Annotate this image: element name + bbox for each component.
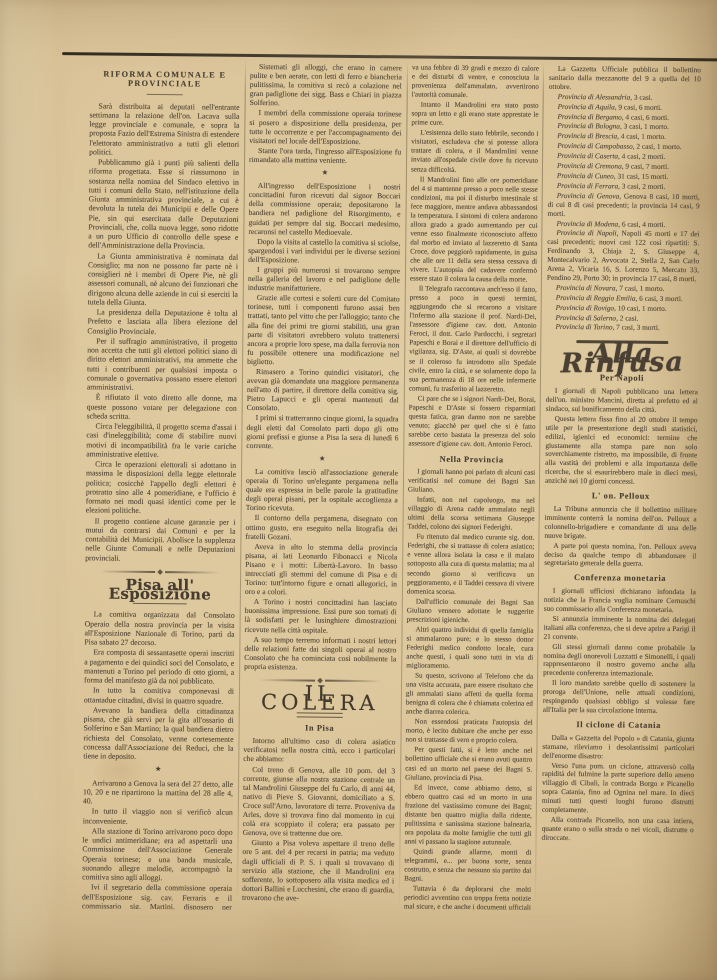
section-subheading: Il ciclone di Catania: [543, 721, 695, 731]
paragraph: Il contorno della pergamena, disegnato c…: [245, 513, 397, 542]
star-separator-icon: ★: [83, 765, 233, 776]
paragraph: Alla stazione di Torino arrivarono poco …: [82, 826, 233, 883]
ornament-line: [165, 571, 221, 573]
paragraph: A parte poi questa nomina, l'on. Pelloux…: [544, 541, 696, 569]
paragraph: A Torino i nostri concittadini han lasci…: [245, 597, 397, 635]
ornament-rule: [250, 678, 390, 683]
paragraph: Il Telegrafo raccontava anch'esso il fat…: [409, 285, 537, 395]
paragraph: La comitiva lasciò all'associazione gene…: [246, 467, 398, 514]
paragraph: Pubblicammo già i punti più salienti del…: [88, 157, 239, 251]
paragraph: Si annunzia imminente la nomina dei dele…: [543, 615, 695, 643]
paragraph: I giornali ufficiosi dichiarano infondat…: [544, 587, 696, 615]
paragraph: Questa lettera fissa fino al 20 ottobre …: [545, 415, 698, 488]
paragraph: Dall'ufficio comunale dei Bagni San Giul…: [407, 597, 534, 625]
paragraph: Sistemati gli alloggi, che erano in came…: [250, 62, 402, 109]
paragraph: Quindi grande allarme, monti di telegram…: [404, 847, 531, 884]
paragraph: Intanto il Mandrolini era stato posto so…: [411, 101, 538, 129]
paragraph: Per il suffragio amministrativo, il prog…: [87, 336, 238, 393]
column-2: Sistemati gli alloggi, che erano in came…: [242, 62, 402, 911]
paragraph: Per questi fatti, si è letto anche nel b…: [405, 746, 532, 783]
paragraph: Arrivarono a Genova la sera del 27 detto…: [83, 778, 233, 807]
paragraph: L'esistenza dello stato febbrile, second…: [411, 129, 538, 175]
paragraph: Il loro mandato sarebbe quello di sosten…: [543, 679, 695, 716]
paragraph: I membri della commissione operaia torin…: [249, 108, 401, 146]
column-3: va una febbre di 39 gradi e mezzo di cal…: [404, 63, 539, 912]
article-heading: RIFORMA COMUNALE E PROVINCIALE: [90, 69, 240, 95]
masthead-rule: [62, 52, 717, 61]
paragraph: Intorno all'ultimo caso di colera asiati…: [243, 736, 395, 765]
paragraph: Stante l'ora tarda, l'ingresso all'Espos…: [249, 146, 401, 166]
paragraph: Dopo la visita al castello la comitiva s…: [248, 237, 400, 266]
paragraph: Gli stessi giornali danno come probabile…: [543, 642, 695, 679]
paragraph: Giunto a Pisa voleva aspettare il treno …: [242, 838, 395, 903]
paragraph: La Giunta amministrativa è nominata dal …: [88, 251, 239, 308]
section-subheading: L' on. Pelloux: [545, 492, 697, 502]
article-display-heading: IL COLERA: [244, 689, 396, 719]
paragraph: Avevano la bandiera della cittadinanza p…: [83, 705, 234, 762]
paragraph: È rifiutato il voto diretto alle donne, …: [87, 393, 237, 422]
province-bulletin-line: Provincia di Napoli, Napoli 45 morti e 1…: [547, 229, 700, 284]
paragraph: Non essendosi praticata l'autopsia del m…: [405, 718, 532, 746]
paragraph: Grazie alle cortesi e solerti cure del C…: [247, 293, 400, 367]
paragraph: In tutto la comitiva componevasi di otta…: [84, 686, 234, 706]
paragraph: I gruppi più numerosi si trovarono sempr…: [248, 265, 400, 294]
paragraph: All'ingresso dell'Esposizione i nostri c…: [248, 181, 401, 237]
diamond-icon: [157, 569, 163, 575]
paragraph: Ci pare che se i signori Nardi-Dei, Bora…: [408, 394, 536, 449]
paragraph: Infatti, non nel capoluogo, ma nel villa…: [408, 496, 535, 533]
column-1: RIFORMA COMUNALE E PROVINCIALESarà distr…: [82, 60, 240, 909]
ornament-rule: [91, 569, 229, 574]
paragraph: va una febbre di 39 gradi e mezzo di cal…: [412, 63, 539, 100]
newspaper-page: RIFORMA COMUNALE E PROVINCIALESarà distr…: [0, 0, 717, 980]
paragraph: Fu ritenuto dal medico curante sig. dott…: [407, 533, 535, 598]
paragraph: Ed invece, come abbiamo detto, si ebbero…: [404, 783, 532, 848]
paragraph: Dalla « Gazzetta del Popolo » di Catania…: [542, 734, 694, 762]
star-separator-icon: ★: [246, 454, 398, 465]
article-display-heading: Pisa all' Esposizione: [85, 580, 235, 605]
section-subheading: Nella Provincia: [408, 454, 535, 464]
paragraph: Il Mandrolini fino alle ore pomeridiane …: [410, 175, 538, 285]
paragraph: La comitiva organizzata dal Consolato Op…: [84, 610, 234, 648]
paragraph: In tutto il viaggio non si verificò alcu…: [83, 807, 233, 827]
section-subheading: In Pisa: [244, 723, 396, 734]
paragraph: Verso l'una pom. un ciclone, attraversò …: [542, 761, 695, 816]
section-subheading: Conferenza monetaria: [544, 574, 696, 584]
paragraph: Aveva in alto lo stemma della provincia …: [245, 542, 398, 598]
paragraph: Tuttavia è da deplorarsi che molti perio…: [404, 885, 531, 913]
paragraph: Ivi il segretario della commissione oper…: [82, 883, 232, 910]
column-4: La Gazzetta Ufficiale pubblica il bollet…: [541, 65, 701, 914]
province-bulletin-line: Provincia di Genova, Genova 8 casi, 10 m…: [548, 192, 700, 220]
printed-area: RIFORMA COMUNALE E PROVINCIALESarà distr…: [0, 0, 717, 980]
ornament-line: [99, 570, 155, 572]
paragraph: Col treno di Genova, alle 10 pom. del 3 …: [243, 764, 396, 838]
paragraph: Alla contrada Picanello, non una casa in…: [542, 816, 694, 844]
paragraph: Era composta di sessantasette operai ins…: [84, 648, 234, 686]
alla-rinfusa-ornate-heading: Alla Rinfusa: [546, 350, 698, 370]
paragraph: A suo tempo terremo informati i nostri l…: [244, 635, 396, 673]
paragraph: La Tribuna annunzia che il bollettino mi…: [544, 505, 696, 542]
paragraph: I giornali di Napoli pubblicano una lett…: [546, 387, 698, 415]
province-bulletin-line: Provincia di Torino, 7 casi, 3 morti.: [546, 323, 698, 333]
star-separator-icon: ★: [249, 168, 401, 179]
paragraph: Altri quattro individui di quella famigl…: [406, 625, 533, 671]
paragraph: Il progetto contiene alcune garanzie per…: [85, 516, 235, 564]
paragraph: Sarà distribuita ai deputati nell'entran…: [89, 101, 240, 158]
paragraph: Rimasero a Torino quindici visitatori, c…: [247, 367, 399, 414]
paragraph: La Gazzetta Ufficiale pubblica il bollet…: [549, 65, 701, 93]
paragraph: La presidenza della Deputazione è tolta …: [87, 307, 237, 336]
paragraph: Circa le operazioni elettorali si adotta…: [86, 459, 237, 516]
paragraph: I giornali hanno poi parlato di alcuni c…: [408, 467, 535, 495]
paragraph: Su questo, scrivono al Telefono che da u…: [406, 671, 533, 717]
paragraph: Circa l'eleggibilità, il progetto scema …: [86, 421, 236, 459]
paragraph: I primi si tratterranno cinque giorni, l…: [246, 413, 398, 451]
